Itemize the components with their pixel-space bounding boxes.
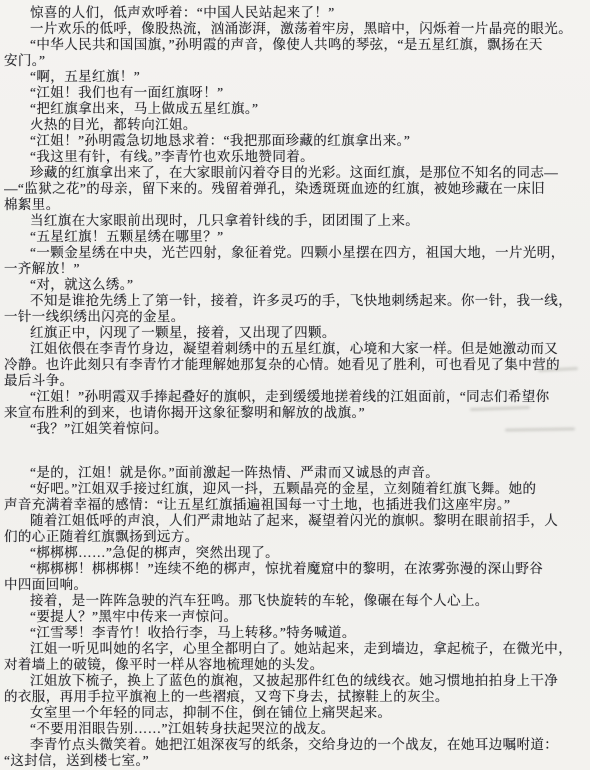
text-segment: “梆梆梆……”急促的梆声，突然出现了。 bbox=[30, 545, 279, 560]
text-segment: “梆梆梆！梆梆梆！”连续不绝的梆声，惊扰着魔窟中的黎明，在浓雾弥漫的深山野谷 bbox=[30, 561, 543, 576]
text-line: 最后斗争。 bbox=[4, 373, 586, 389]
text-segment: 李青竹点头微笑着。她把江姐深夜写的纸条，交给身边的一个战友，在她耳边嘱咐道： bbox=[30, 737, 558, 752]
text-line: “把红旗拿出来，马上做成五星红旗。” bbox=[4, 101, 586, 117]
text-line: “是的，江姐！就是你。”面前激起一阵热情、严肃而又诚恳的声音。 bbox=[4, 465, 586, 481]
text-line: 随着江姐低呼的声浪，人们严肃地站了起来，凝望着闪光的旗帜。黎明在眼前招手，人 bbox=[4, 513, 586, 529]
text-segment: “中华人民共和国国旗，”孙明霞的声音，像使人共鸣的琴弦，“是五星红旗，飘扬在天 bbox=[30, 37, 543, 52]
text-segment: “把红旗拿出来，马上做成五星红旗。” bbox=[30, 101, 258, 116]
text-segment: 女室里一个年轻的同志，抑制不住，倒在铺位上痛哭起来。 bbox=[30, 705, 391, 720]
text-segment: 棉絮里。 bbox=[4, 197, 60, 212]
text-line: 李青竹点头微笑着。她把江姐深夜写的纸条，交给身边的一个战友，在她耳边嘱咐道： bbox=[4, 737, 586, 753]
text-line: 惊喜的人们，低声欢呼着：“中国人民站起来了！” bbox=[4, 5, 586, 21]
text-segment: 红旗正中，闪现了一颗星，接着，又出现了四颗。 bbox=[30, 325, 336, 340]
text-segment: “江姐！我们也有一面红旗呀！” bbox=[30, 85, 223, 100]
text-line: 一齐解放！” bbox=[4, 261, 586, 277]
text-segment: “江姐！”孙明霞急切地恳求着：“我把那面珍藏的红旗拿出来。” bbox=[30, 133, 410, 148]
text-segment: 中四面回响。 bbox=[4, 577, 87, 592]
text-segment: 江姐一听见叫她的名字，心里全都明白了。 bbox=[30, 641, 294, 656]
text-segment: “是的，江姐！就是你。”面前激起一阵热情、严肃而又诚恳的声音。 bbox=[30, 465, 439, 480]
underlined-text: 她站起来，走到墙边，拿起梳子，在微光中， bbox=[294, 641, 572, 657]
text-segment: 一针一线织绣出闪亮的金星。 bbox=[4, 309, 185, 324]
text-line: “中华人民共和国国旗，”孙明霞的声音，像使人共鸣的琴弦，“是五星红旗，飘扬在天 bbox=[4, 37, 586, 53]
text-segment: “不要用泪眼告别……”江姐转身扶起哭泣的战友。 bbox=[30, 721, 335, 736]
text-segment: 接着，是一阵阵急驶的汽车狂鸣。那飞快旋转的车轮，像碾在每个人心上。 bbox=[30, 593, 489, 608]
text-segment: 们的心正随着红旗飘扬到远方。 bbox=[4, 529, 199, 544]
text-line: “不要用泪眼告别……”江姐转身扶起哭泣的战友。 bbox=[4, 721, 586, 737]
text-segment: “江姐！”孙明霞双手捧起叠好的旗帜，走到缓缓地搓着线的江姐面前，“同志们希望你 bbox=[30, 389, 550, 404]
text-segment: “我？”江姐笑着惊问。 bbox=[30, 421, 168, 436]
text-line: 中四面回响。 bbox=[4, 577, 586, 593]
text-segment: 随着江姐低呼的声浪，人们严肃地站了起来，凝望着闪光的旗帜。黎明在眼前招手，人 bbox=[30, 513, 558, 528]
text-segment: 当红旗在大家眼前出现时，几只拿着针线的手，团团围了上来。 bbox=[30, 213, 419, 228]
document-text: 惊喜的人们，低声欢呼着：“中国人民站起来了！”一片欢乐的低呼，像股热流，汹涌澎湃… bbox=[4, 5, 586, 769]
underlined-text: 对着墙上的破镜，像平时一样从容地梳理她的头发。 bbox=[4, 657, 324, 673]
text-segment: 声音充满着幸福的感情：“让五星红旗插遍祖国每一寸土地，也插进我们这座牢房。” bbox=[4, 497, 510, 512]
text-segment: 来宣布胜利的到来，也请你揭开这象征黎明和解放的战旗。” bbox=[4, 405, 365, 420]
text-segment: 不知是谁抢先绣上了第一针，接着，许多灵巧的手，飞快地刺绣起来。你一针，我一线， bbox=[30, 293, 572, 308]
text-segment: 珍藏的红旗拿出来了，在大家眼前闪着夺目的光彩。这面红旗，是那位不知名的同志— bbox=[30, 165, 558, 180]
text-line: 一片欢乐的低呼，像股热流，汹涌澎湃，激荡着牢房，黑暗中，闪烁着一片晶亮的眼光。 bbox=[4, 21, 586, 37]
underlined-text: 江姐放下梳子，换上了蓝色的旗袍，又披起那件红色的绒线衣。她习惯地拍拍身上干净 bbox=[30, 673, 558, 689]
text-line: 珍藏的红旗拿出来了，在大家眼前闪着夺目的光彩。这面红旗，是那位不知名的同志— bbox=[4, 165, 586, 181]
text-segment: “江雪琴！李青竹！收拾行李，马上转移。”特务喊道。 bbox=[30, 625, 356, 640]
text-line: 接着，是一阵阵急驶的汽车狂鸣。那飞快旋转的车轮，像碾在每个人心上。 bbox=[4, 593, 586, 609]
text-line: “江雪琴！李青竹！收拾行李，马上转移。”特务喊道。 bbox=[4, 625, 586, 641]
text-line: 冷静。也许此刻只有李青竹才能理解她那复杂的心情。她看见了胜利，可也看见了集中营的 bbox=[4, 357, 586, 373]
text-line: 红旗正中，闪现了一颗星，接着，又出现了四颗。 bbox=[4, 325, 586, 341]
text-line: “要提人？”黑牢中传来一声惊问。 bbox=[4, 609, 586, 625]
scanned-page: 惊喜的人们，低声欢呼着：“中国人民站起来了！”一片欢乐的低呼，像股热流，汹涌澎湃… bbox=[0, 0, 590, 770]
text-line: 江姐依偎在李青竹身边，凝望着刺绣中的五星红旗，心境和大家一样。但是她激动而又 bbox=[4, 341, 586, 357]
text-line: —“监狱之花”的母亲，留下来的。残留着弹孔，染透斑斑血迹的红旗，被她珍藏在一床旧 bbox=[4, 181, 586, 197]
underlined-text: 的衣服，再用手拉平旗袍上的一些褶痕，又弯下身去，拭擦鞋上的灰尘。 bbox=[4, 689, 449, 705]
text-line: “啊，五星红旗！” bbox=[4, 69, 586, 85]
text-line: 声音充满着幸福的感情：“让五星红旗插遍祖国每一寸土地，也插进我们这座牢房。” bbox=[4, 497, 586, 513]
text-line: 安门。” bbox=[4, 53, 586, 69]
text-line: 不知是谁抢先绣上了第一针，接着，许多灵巧的手，飞快地刺绣起来。你一针，我一线， bbox=[4, 293, 586, 309]
text-segment: 冷静。也许此刻只有李青竹才能理解她那复杂的心情。她看见了胜利，可也看见了集中营的 bbox=[4, 357, 560, 372]
text-line: 江姐一听见叫她的名字，心里全都明白了。她站起来，走到墙边，拿起梳子，在微光中， bbox=[4, 641, 586, 657]
text-line: 火热的目光，都转向江姐。 bbox=[4, 117, 586, 133]
text-segment: “五星红旗！五颗星绣在哪里？” bbox=[30, 229, 223, 244]
text-line: “好吧。”江姐双手接过红旗，迎风一抖，五颗晶亮的金星，立刻随着红旗飞舞。她的 bbox=[4, 481, 586, 497]
text-line: “五星红旗！五颗星绣在哪里？” bbox=[4, 229, 586, 245]
text-line: “梆梆梆！梆梆梆！”连续不绝的梆声，惊扰着魔窟中的黎明，在浓雾弥漫的深山野谷 bbox=[4, 561, 586, 577]
text-segment: 最后斗争。 bbox=[4, 373, 74, 388]
text-segment: —“监狱之花”的母亲，留下来的。残留着弹孔，染透斑斑血迹的红旗，被她珍藏在一床旧 bbox=[4, 181, 545, 196]
text-segment: “这封信，送到楼七室。” bbox=[4, 753, 149, 768]
text-segment: “好吧。”江姐双手接过红旗，迎风一抖，五颗晶亮的金星，立刻随着红旗飞舞。她的 bbox=[30, 481, 536, 496]
text-line: “江姐！我们也有一面红旗呀！” bbox=[4, 85, 586, 101]
text-line: 的衣服，再用手拉平旗袍上的一些褶痕，又弯下身去，拭擦鞋上的灰尘。 bbox=[4, 689, 586, 705]
text-line: 一针一线织绣出闪亮的金星。 bbox=[4, 309, 586, 325]
text-line: “我这里有针，有线。”李青竹也欢乐地赞同着。 bbox=[4, 149, 586, 165]
text-line: 江姐放下梳子，换上了蓝色的旗袍，又披起那件红色的绒线衣。她习惯地拍拍身上干净 bbox=[4, 673, 586, 689]
text-segment: “我这里有针，有线。”李青竹也欢乐地赞同着。 bbox=[30, 149, 314, 164]
text-line: 棉絮里。 bbox=[4, 197, 586, 213]
text-segment: 火热的目光，都转向江姐。 bbox=[30, 117, 197, 132]
text-line: 对着墙上的破镜，像平时一样从容地梳理她的头发。 bbox=[4, 657, 586, 673]
text-line: 当红旗在大家眼前出现时，几只拿着针线的手，团团围了上来。 bbox=[4, 213, 586, 229]
text-segment: 安门。” bbox=[4, 53, 45, 68]
text-line: “这封信，送到楼七室。” bbox=[4, 753, 586, 769]
text-line: 们的心正随着红旗飘扬到远方。 bbox=[4, 529, 586, 545]
text-line: 女室里一个年轻的同志，抑制不住，倒在铺位上痛哭起来。 bbox=[4, 705, 586, 721]
text-segment: 一片欢乐的低呼，像股热流，汹涌澎湃，激荡着牢房，黑暗中，闪烁着一片晶亮的眼光。 bbox=[30, 21, 572, 36]
text-segment: “要提人？”黑牢中传来一声惊问。 bbox=[30, 609, 237, 624]
text-segment: 一齐解放！” bbox=[4, 261, 80, 276]
text-segment: 江姐依偎在李青竹身边，凝望着刺绣中的五星红旗，心境和大家一样。但是她激动而又 bbox=[30, 341, 558, 356]
text-line: “江姐！”孙明霞双手捧起叠好的旗帜，走到缓缓地搓着线的江姐面前，“同志们希望你 bbox=[4, 389, 586, 405]
text-line: “我？”江姐笑着惊问。 bbox=[4, 421, 586, 437]
text-segment: “对，就这么绣。” bbox=[30, 277, 133, 292]
text-line: “对，就这么绣。” bbox=[4, 277, 586, 293]
text-line: “江姐！”孙明霞急切地恳求着：“我把那面珍藏的红旗拿出来。” bbox=[4, 133, 586, 149]
text-line: “梆梆梆……”急促的梆声，突然出现了。 bbox=[4, 545, 586, 561]
text-line: “一颗金星绣在中央，光芒四射，象征着党。四颗小星摆在四方，祖国大地，一片光明， bbox=[4, 245, 586, 261]
text-segment: “一颗金星绣在中央，光芒四射，象征着党。四颗小星摆在四方，祖国大地，一片光明， bbox=[30, 245, 565, 260]
text-segment: “啊，五星红旗！” bbox=[30, 69, 140, 84]
text-segment: 惊喜的人们，低声欢呼着：“中国人民站起来了！” bbox=[30, 5, 335, 20]
